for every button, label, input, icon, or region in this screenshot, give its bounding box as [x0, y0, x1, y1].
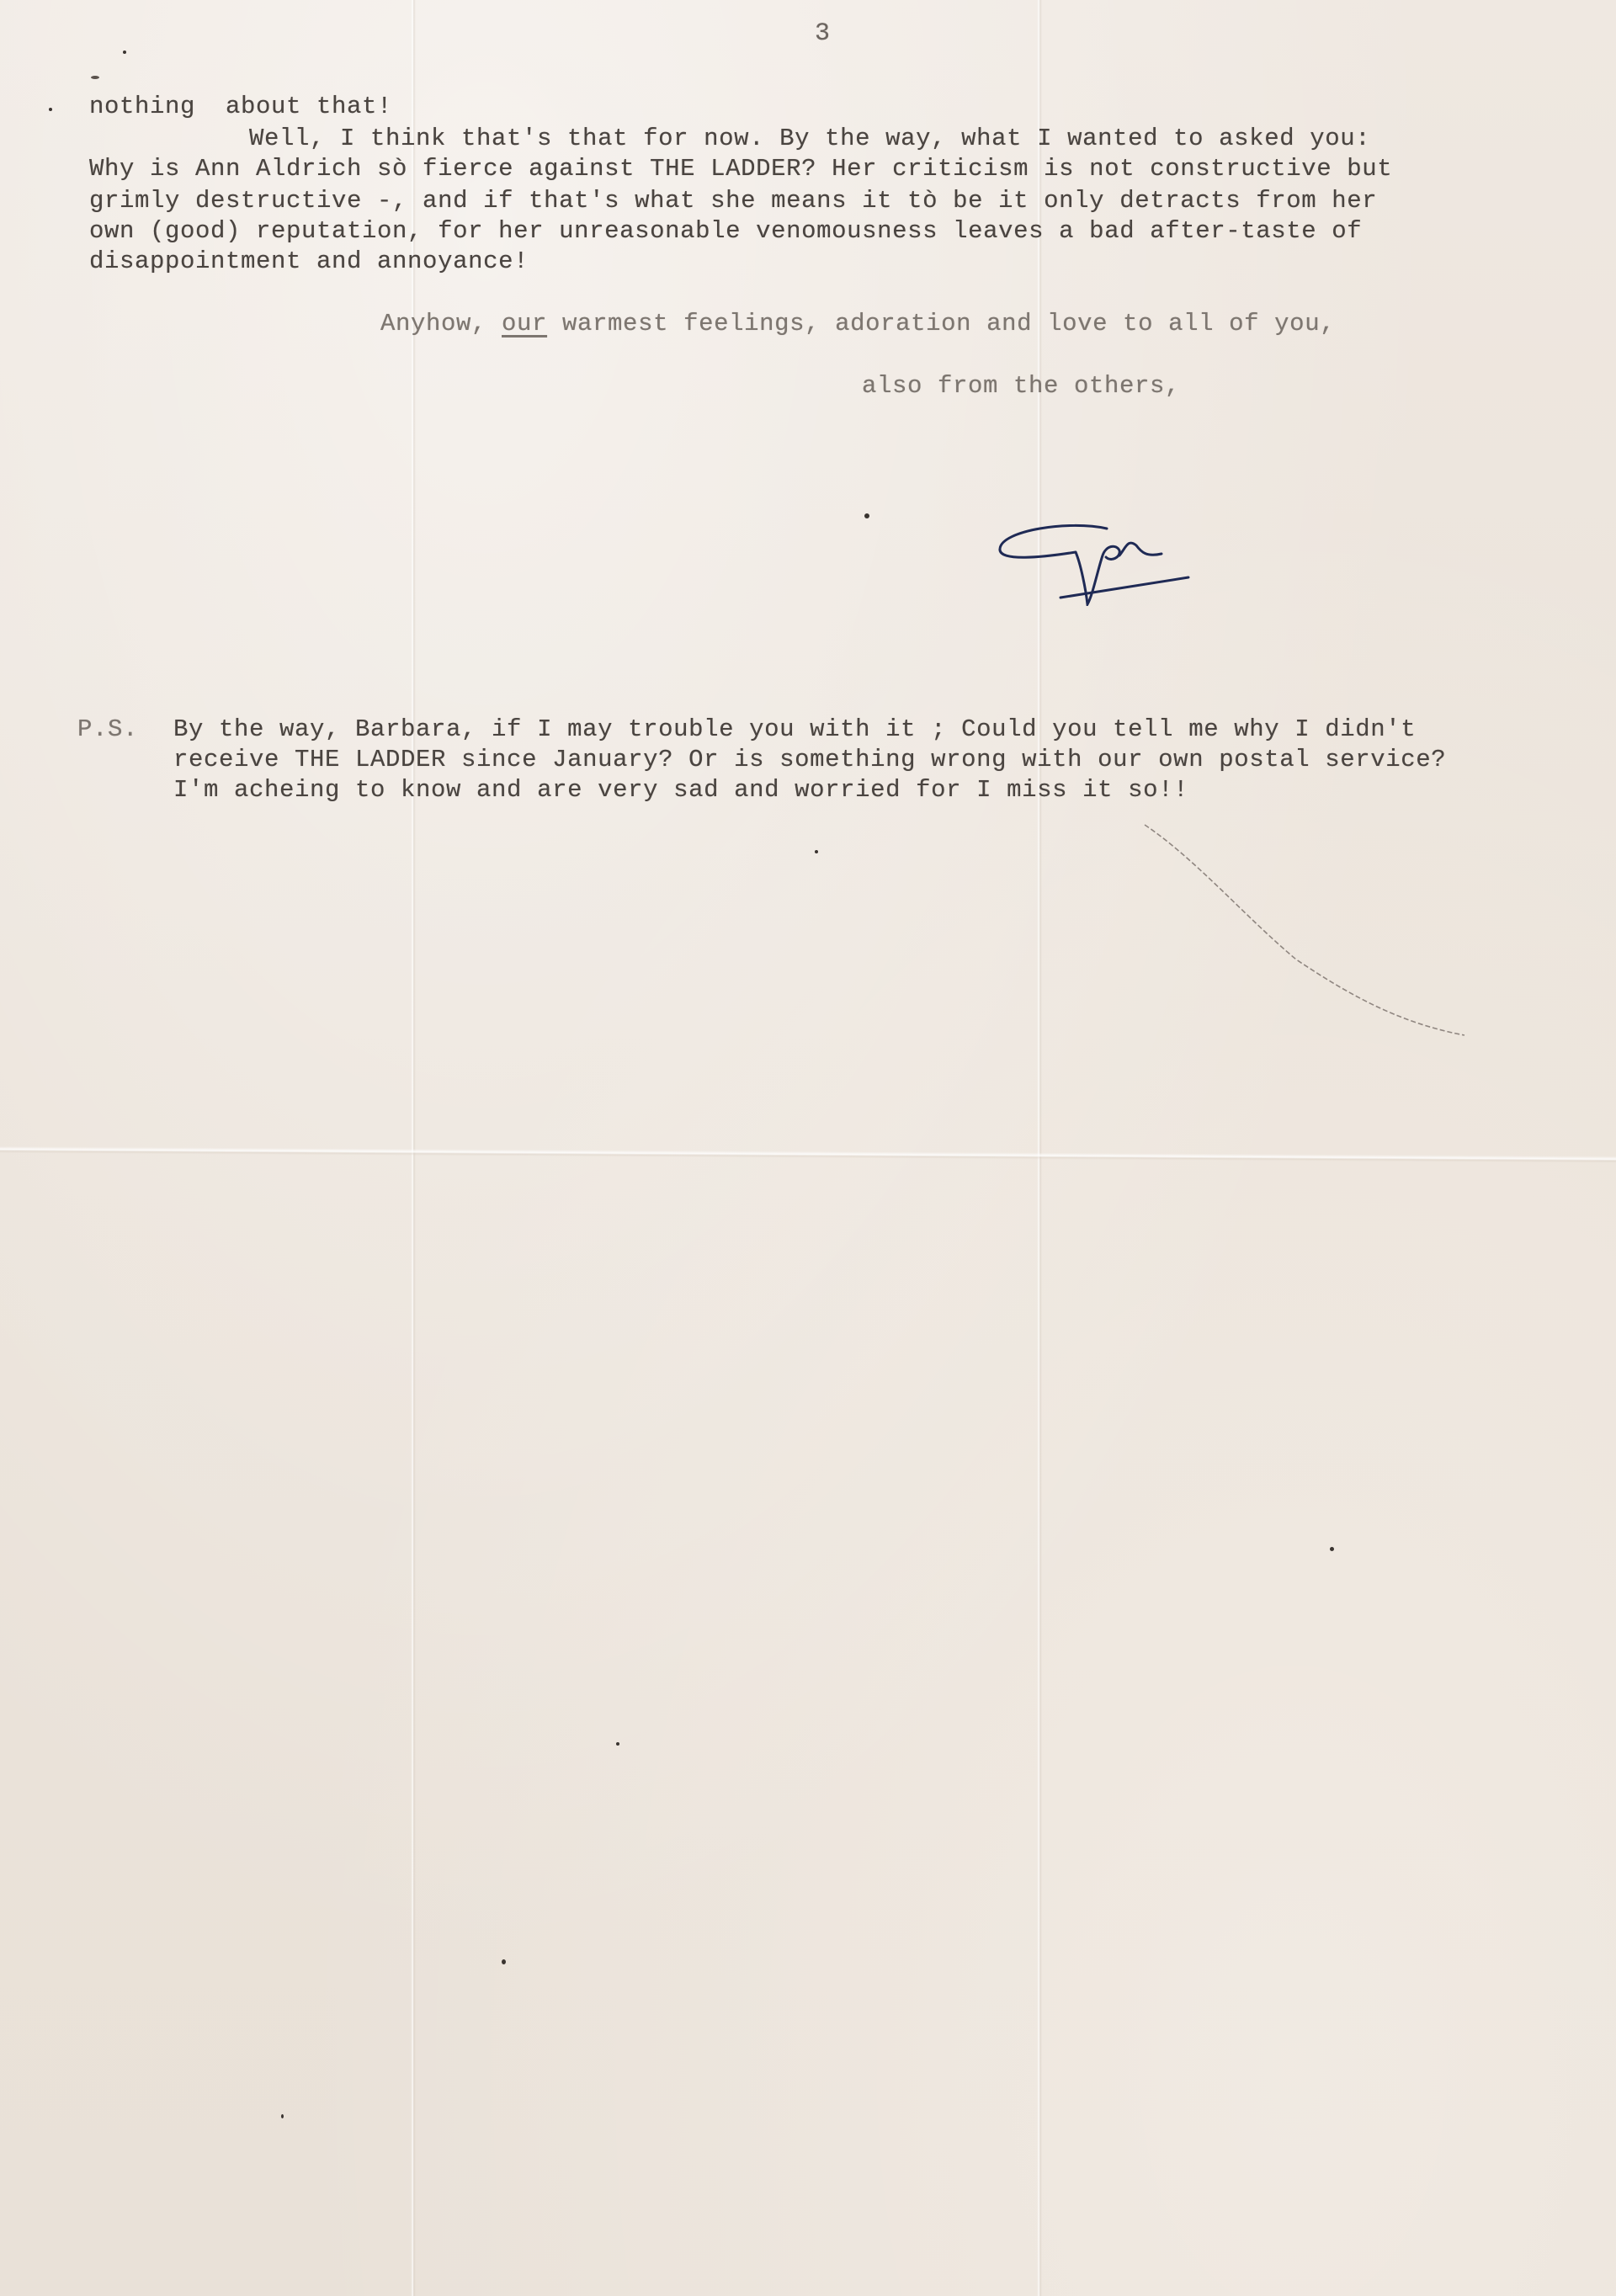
postscript-line: receive THE LADDER since January? Or is … — [173, 744, 1446, 775]
ink-speck — [49, 108, 52, 111]
closing-line: also from the others, — [862, 370, 1180, 401]
body-line: Why is Ann Aldrich sò fierce against THE… — [89, 153, 1392, 184]
handwritten-signature: Ger — [993, 497, 1195, 606]
ink-speck — [815, 850, 818, 853]
closing-line: Anyhow, our warmest feelings, adoration … — [380, 308, 1335, 339]
body-line-text: Well, I think that's that for now. By th… — [249, 125, 1370, 152]
body-line: own (good) reputation, for her unreasona… — [89, 215, 1362, 247]
ink-speck — [864, 513, 869, 518]
ink-speck — [502, 1959, 506, 1964]
postscript-label: P.S. — [77, 714, 138, 745]
body-line: nothing about that! — [89, 91, 392, 122]
pencil-stroke-mark — [1128, 808, 1481, 1044]
page-number: 3 — [815, 19, 831, 50]
ink-speck — [91, 76, 99, 79]
body-line: grimly destructive -, and if that's what… — [89, 185, 1377, 216]
postscript-line: I'm acheing to know and are very sad and… — [173, 774, 1188, 805]
closing-underlined-word: our — [502, 310, 547, 337]
ink-speck — [1330, 1547, 1334, 1551]
closing-prefix: Anyhow, — [380, 310, 502, 337]
postscript-line: By the way, Barbara, if I may trouble yo… — [173, 714, 1416, 745]
closing-suffix: warmest feelings, adoration and love to … — [547, 310, 1335, 337]
ink-speck — [616, 1742, 619, 1746]
ink-speck — [281, 2114, 284, 2118]
ink-speck — [123, 50, 126, 54]
vertical-fold-crease-right — [1037, 0, 1042, 2296]
body-line: Well, I think that's that for now. By th… — [249, 123, 1370, 154]
body-line: disappointment and annoyance! — [89, 246, 529, 277]
